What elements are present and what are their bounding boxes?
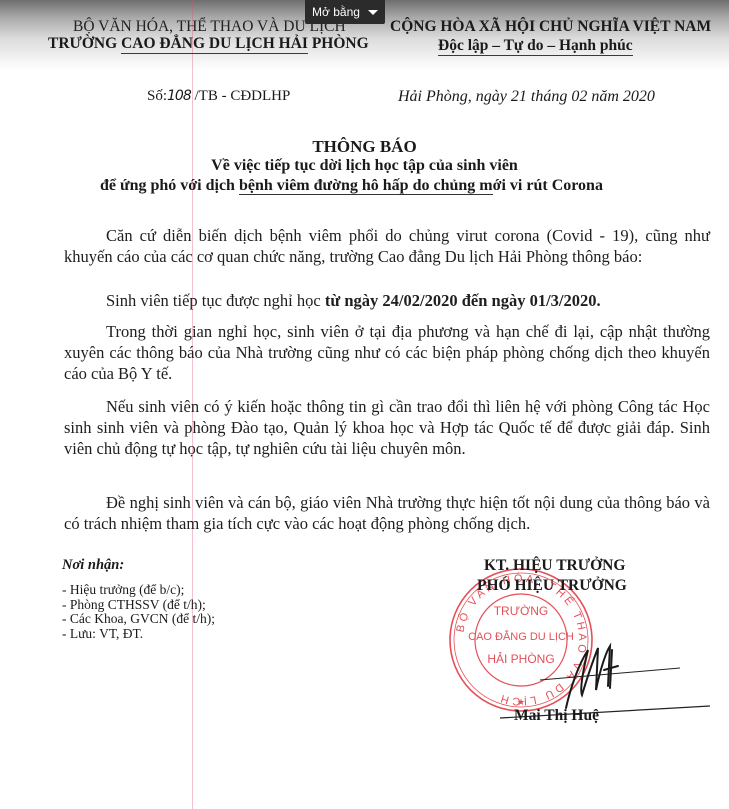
document-title: THÔNG BÁO bbox=[0, 137, 729, 157]
national-motto: Độc lập – Tự do – Hạnh phúc bbox=[438, 37, 633, 56]
paragraph-text: Đề nghị sinh viên và cán bộ, giáo viên N… bbox=[64, 492, 710, 534]
subtitle-2-prefix: để ứng phó với dịch bbox=[100, 177, 239, 194]
paragraph-bold-dates: từ ngày 24/02/2020 đến ngày 01/3/2020. bbox=[325, 291, 601, 310]
svg-text:CAO ĐẲNG DU LỊCH: CAO ĐẲNG DU LỊCH bbox=[468, 630, 574, 643]
body-paragraph-4: Nếu sinh viên có ý kiến hoặc thông tin g… bbox=[64, 396, 710, 459]
date-line: Hải Phòng, ngày 21 tháng 02 năm 2020 bbox=[398, 88, 655, 106]
svg-text:HẢI PHÒNG: HẢI PHÒNG bbox=[487, 651, 554, 666]
paragraph-text: Sinh viên tiếp tục được nghỉ học từ ngày… bbox=[64, 290, 710, 311]
handwritten-signature bbox=[470, 620, 710, 720]
national-title: CỘNG HÒA XÃ HỘI CHỦ NGHĨA VIỆT NAM bbox=[390, 18, 711, 36]
signature-title-2: PHÓ HIỆU TRƯỞNG bbox=[477, 577, 627, 595]
svg-text:★: ★ bbox=[517, 697, 525, 707]
recipients-list: - Hiệu trưởng (để b/c); - Phòng CTHSSV (… bbox=[62, 583, 215, 641]
svg-text:TRƯỜNG: TRƯỜNG bbox=[494, 603, 549, 618]
body-paragraph-5: Đề nghị sinh viên và cán bộ, giáo viên N… bbox=[64, 492, 710, 534]
document-subtitle-2: để ứng phó với dịch bệnh viêm đường hô h… bbox=[100, 177, 603, 195]
paragraph-normal-text: Sinh viên tiếp tục được nghỉ học bbox=[106, 291, 325, 310]
school-name-suffix: PHÒNG bbox=[308, 35, 369, 52]
recipient-item: - Hiệu trưởng (để b/c); bbox=[62, 583, 215, 598]
reference-prefix: Số: bbox=[147, 88, 167, 104]
signer-name: Mai Thị Huệ bbox=[514, 707, 599, 725]
document-page: BỘ VĂN HÓA, THỂ THAO VÀ DU LỊCH TRƯỜNG C… bbox=[0, 0, 729, 809]
reference-suffix: /TB - CĐDLHP bbox=[191, 88, 291, 104]
recipients-title: Nơi nhận: bbox=[62, 557, 124, 574]
recipient-item: - Lưu: VT, ĐT. bbox=[62, 627, 215, 642]
reference-number: Số:108 /TB - CĐDLHP bbox=[147, 88, 290, 105]
open-with-button[interactable]: Mở bằng bbox=[305, 0, 385, 24]
caret-down-icon bbox=[368, 10, 378, 15]
subtitle-2-suffix: ới vi rút Corona bbox=[493, 177, 603, 194]
document-subtitle-1: Về việc tiếp tục dời lịch học tập của si… bbox=[0, 157, 729, 175]
paragraph-text: Căn cứ diễn biến dịch bệnh viêm phổi do … bbox=[64, 225, 710, 267]
signature-title-1: KT. HIỆU TRƯỞNG bbox=[484, 557, 625, 575]
recipient-item: - Phòng CTHSSV (để t/h); bbox=[62, 598, 215, 613]
recipient-item: - Các Khoa, GVCN (để t/h); bbox=[62, 612, 215, 627]
school-name-underlined: CAO ĐẲNG DU LỊCH HẢI bbox=[121, 35, 308, 54]
paragraph-text: Trong thời gian nghỉ học, sinh viên ở tạ… bbox=[64, 321, 710, 384]
reference-handwritten-number: 108 bbox=[167, 88, 191, 104]
school-name: TRƯỜNG CAO ĐẲNG DU LỊCH HẢI PHÒNG bbox=[48, 35, 369, 53]
body-paragraph-2: Sinh viên tiếp tục được nghỉ học từ ngày… bbox=[64, 290, 710, 311]
body-paragraph-1: Căn cứ diễn biến dịch bệnh viêm phổi do … bbox=[64, 225, 710, 267]
body-paragraph-3: Trong thời gian nghỉ học, sinh viên ở tạ… bbox=[64, 321, 710, 384]
open-with-label: Mở bằng bbox=[312, 5, 360, 19]
subtitle-2-underlined: bệnh viêm đường hô hấp do chủng m bbox=[239, 177, 493, 195]
school-name-prefix: TRƯỜNG bbox=[48, 35, 121, 52]
paragraph-text: Nếu sinh viên có ý kiến hoặc thông tin g… bbox=[64, 396, 710, 459]
